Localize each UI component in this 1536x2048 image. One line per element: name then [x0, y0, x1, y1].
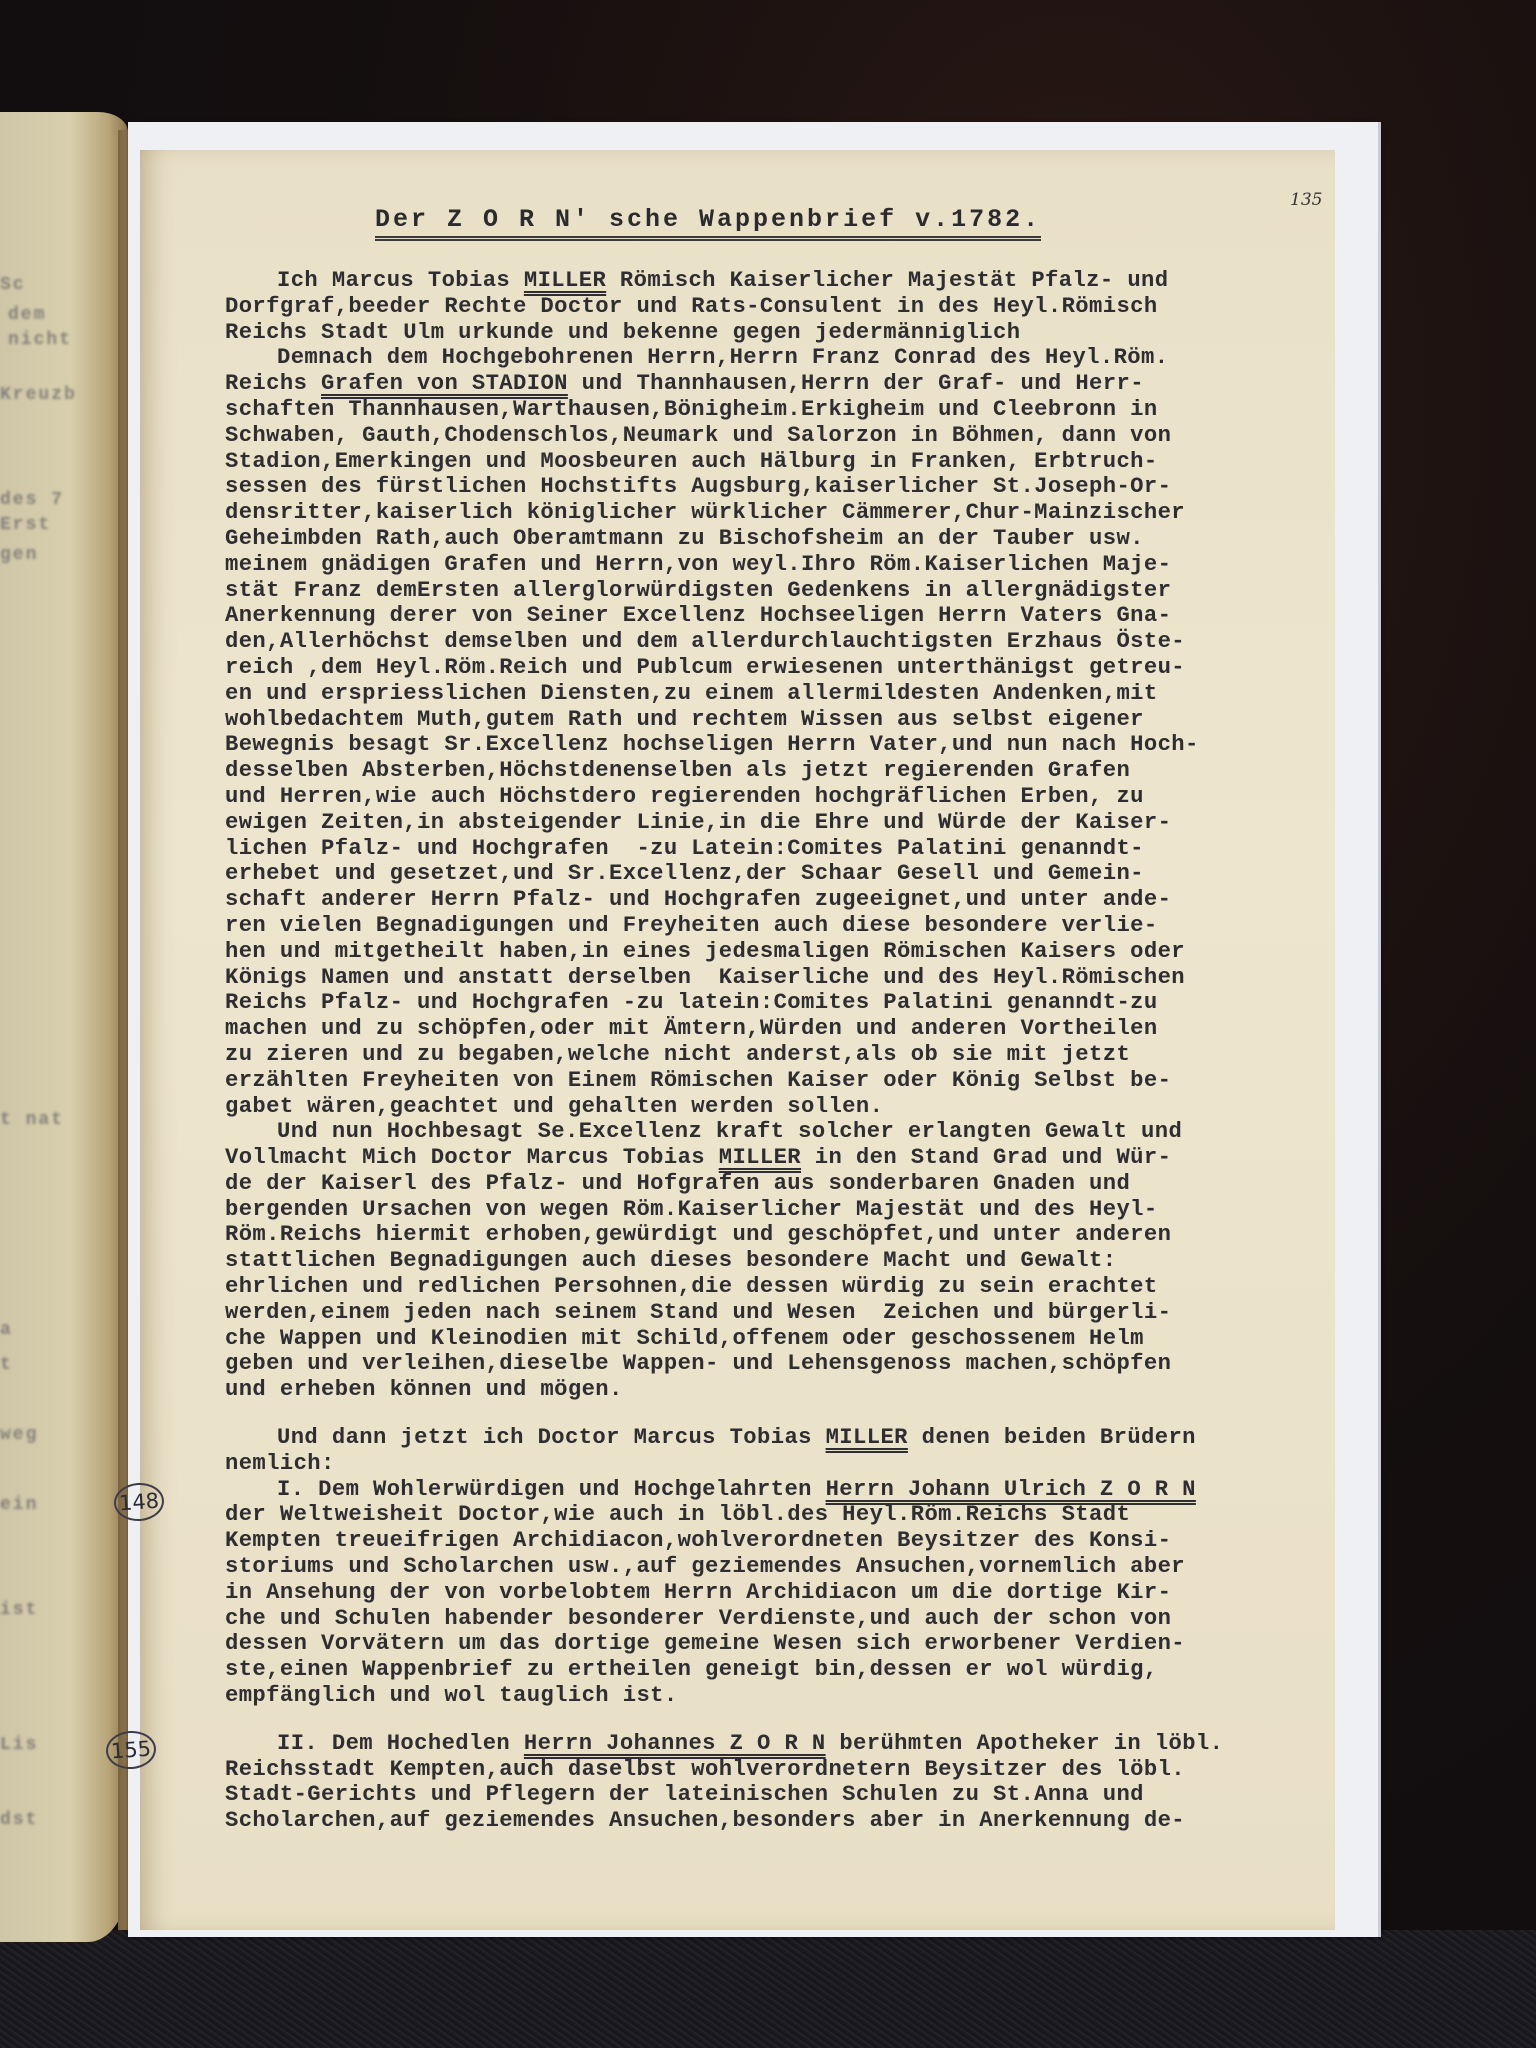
text-line: Reichs Grafen von STADION und Thannhause…: [225, 371, 1345, 397]
underlined-name: Herrn Johann Ulrich Z O R N: [826, 1477, 1196, 1502]
text-line: schaften Thannhausen,Warthausen,Bönighei…: [225, 397, 1345, 423]
text-line: Schwaben, Gauth,Chodenschlos,Neumark und…: [225, 423, 1345, 449]
text-line: stät Franz demErsten allerglorwürdigsten…: [225, 578, 1345, 604]
text-line: Und nun Hochbesagt Se.Excellenz kraft so…: [225, 1119, 1345, 1145]
left-page-fragment: weg: [0, 1425, 38, 1445]
text-line: Reichs Stadt Ulm urkunde und bekenne geg…: [225, 320, 1345, 346]
text-line: Und dann jetzt ich Doctor Marcus Tobias …: [225, 1425, 1345, 1451]
text-line: Königs Namen und anstatt derselben Kaise…: [225, 965, 1345, 991]
left-page-fragment: dem: [8, 305, 46, 325]
left-page-fragment: des 7: [0, 490, 64, 510]
text-line: dessen Vorvätern um das dortige gemeine …: [225, 1631, 1345, 1657]
text-line: che und Schulen habender besonderer Verd…: [225, 1606, 1345, 1632]
underlined-name: MILLER: [719, 1145, 801, 1170]
text-line: werden,einem jeden nach seinem Stand und…: [225, 1300, 1345, 1326]
page-number: 135: [1290, 190, 1322, 210]
left-page-edge: ScdemnichtKreuzbdes 7Erstgent natatwegei…: [0, 112, 128, 1942]
underlined-name: MILLER: [826, 1425, 908, 1450]
text-line: wohlbedachtem Muth,gutem Rath und rechte…: [225, 707, 1345, 733]
text-line: ste,einen Wappenbrief zu ertheilen genei…: [225, 1657, 1345, 1683]
document-body: Ich Marcus Tobias MILLER Römisch Kaiserl…: [225, 268, 1345, 1834]
text-line: gabet wären,geachtet und gehalten werden…: [225, 1094, 1345, 1120]
text-line: I. Dem Wohlerwürdigen und Hochgelahrten …: [225, 1477, 1345, 1503]
text-line: Dorfgraf,beeder Rechte Doctor und Rats-C…: [225, 294, 1345, 320]
left-page-fragment: Lis: [0, 1735, 38, 1755]
text-line: empfänglich und wol tauglich ist.: [225, 1683, 1345, 1709]
text-line: Vollmacht Mich Doctor Marcus Tobias MILL…: [225, 1145, 1345, 1171]
text-line: nemlich:: [225, 1451, 1345, 1477]
left-page-fragment: nicht: [8, 330, 72, 350]
text-line: ewigen Zeiten,in absteigender Linie,in d…: [225, 810, 1345, 836]
background-carpet: [0, 1930, 1536, 2048]
text-line: II. Dem Hochedlen Herrn Johannes Z O R N…: [225, 1731, 1345, 1757]
text-line: Reichs Pfalz- und Hochgrafen -zu latein:…: [225, 990, 1345, 1016]
text-line: de der Kaiserl des Pfalz- und Hofgrafen …: [225, 1171, 1345, 1197]
text-line: sessen des fürstlichen Hochstifts Augsbu…: [225, 474, 1345, 500]
left-page-fragment: Kreuzb: [0, 385, 77, 405]
text-line: der Weltweisheit Doctor,wie auch in löbl…: [225, 1502, 1345, 1528]
paragraph-gap: [225, 1403, 1345, 1425]
left-page-fragment: t nat: [0, 1110, 64, 1130]
text-line: geben und verleihen,dieselbe Wappen- und…: [225, 1351, 1345, 1377]
text-line: Demnach dem Hochgebohrenen Herrn,Herrn F…: [225, 345, 1345, 371]
text-line: schaft anderer Herrn Pfalz- und Hochgraf…: [225, 887, 1345, 913]
left-page-fragment: Sc: [0, 275, 26, 295]
text-line: Kempten treueifrigen Archidiacon,wohlver…: [225, 1528, 1345, 1554]
text-line: Geheimbden Rath,auch Oberamtmann zu Bisc…: [225, 526, 1345, 552]
text-line: bergenden Ursachen von wegen Röm.Kaiserl…: [225, 1197, 1345, 1223]
text-line: zu zieren und zu begaben,welche nicht an…: [225, 1042, 1345, 1068]
text-line: erzählten Freyheiten von Einem Römischen…: [225, 1068, 1345, 1094]
text-line: Reichsstadt Kempten,auch daselbst wohlve…: [225, 1757, 1345, 1783]
text-line: den,Allerhöchst demselben und dem allerd…: [225, 629, 1345, 655]
underlined-name: MILLER: [524, 268, 606, 293]
text-line: storiums und Scholarchen usw.,auf geziem…: [225, 1554, 1345, 1580]
text-line: und erheben können und mögen.: [225, 1377, 1345, 1403]
text-line: Stadion,Emerkingen und Moosbeuren auch H…: [225, 449, 1345, 475]
text-line: densritter,kaiserlich königlicher würkli…: [225, 500, 1345, 526]
text-line: che Wappen und Kleinodien mit Schild,off…: [225, 1326, 1345, 1352]
text-line: Bewegnis besagt Sr.Excellenz hochseligen…: [225, 732, 1345, 758]
text-line: Stadt-Gerichts und Pflegern der lateinis…: [225, 1782, 1345, 1808]
left-page-fragment: gen: [0, 545, 38, 565]
left-page-fragment: Erst: [0, 515, 51, 535]
text-line: Röm.Reichs hiermit erhoben,gewürdigt und…: [225, 1222, 1345, 1248]
paragraph-gap: [225, 1709, 1345, 1731]
underlined-name: Herrn Johannes Z O R N: [524, 1731, 826, 1756]
text-line: meinem gnädigen Grafen und Herrn,von wey…: [225, 552, 1345, 578]
text-line: in Ansehung der von vorbelobtem Herrn Ar…: [225, 1580, 1345, 1606]
text-line: ren vielen Begnadigungen und Freyheiten …: [225, 913, 1345, 939]
text-line: ehrlichen und redlichen Persohnen,die de…: [225, 1274, 1345, 1300]
text-line: lichen Pfalz- und Hochgrafen -zu Latein:…: [225, 836, 1345, 862]
text-line: machen und zu schöpfen,oder mit Ämtern,W…: [225, 1016, 1345, 1042]
text-line: stattlichen Begnadigungen auch dieses be…: [225, 1248, 1345, 1274]
left-page-fragment: ein: [0, 1495, 38, 1515]
text-line: Ich Marcus Tobias MILLER Römisch Kaiserl…: [225, 268, 1345, 294]
left-page-fragment: ist: [0, 1600, 38, 1620]
text-line: hen und mitgetheilt haben,in eines jedes…: [225, 939, 1345, 965]
left-page-fragment: dst: [0, 1810, 38, 1830]
text-line: Scholarchen,auf geziemendes Ansuchen,bes…: [225, 1808, 1345, 1834]
underlined-name: Grafen von STADION: [321, 371, 568, 396]
left-page-fragment: t: [0, 1355, 13, 1375]
text-line: und Herren,wie auch Höchstdero regierend…: [225, 784, 1345, 810]
text-line: desselben Absterben,Höchstdenenselben al…: [225, 758, 1345, 784]
text-line: en und erspriesslichen Diensten,zu einem…: [225, 681, 1345, 707]
left-page-fragment: a: [0, 1320, 13, 1340]
text-line: erhebet und gesetzet,und Sr.Excellenz,de…: [225, 861, 1345, 887]
text-line: Anerkennung derer von Seiner Excellenz H…: [225, 603, 1345, 629]
document-title: Der Z O R N' sche Wappenbrief v.1782.: [375, 205, 1041, 241]
text-line: reich ,dem Heyl.Röm.Reich und Publcum er…: [225, 655, 1345, 681]
